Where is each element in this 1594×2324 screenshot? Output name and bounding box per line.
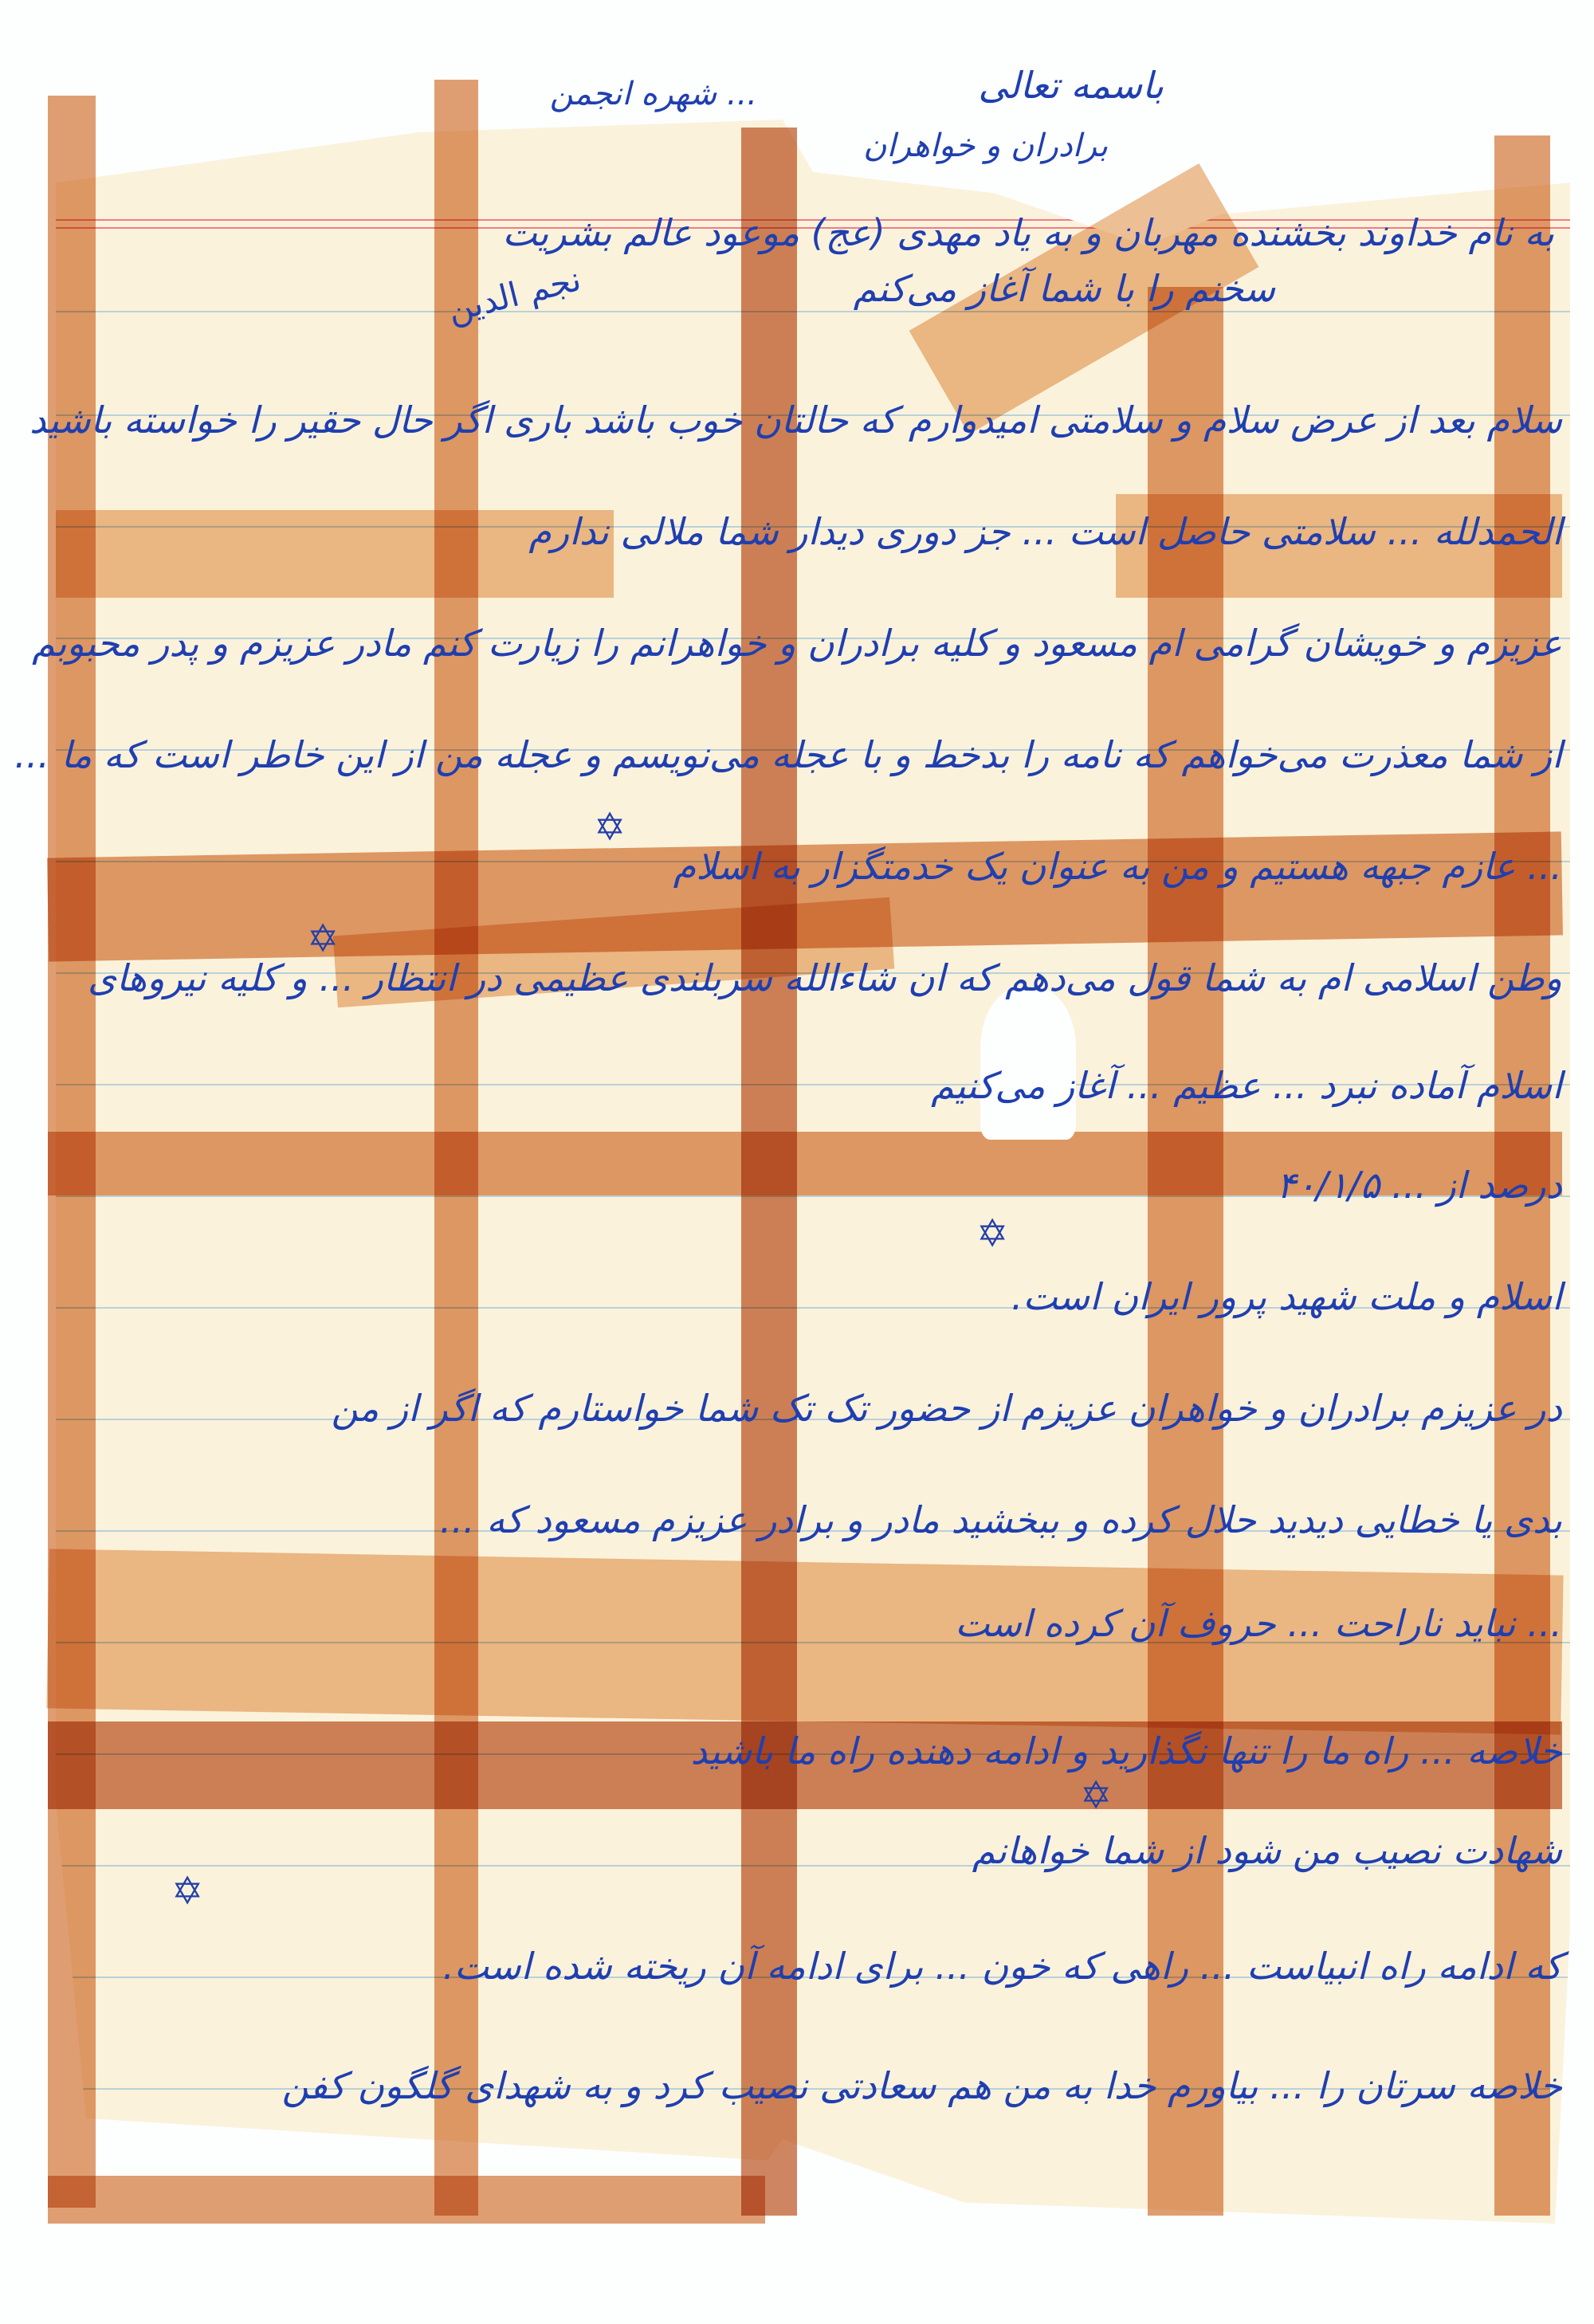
letter-line: که ادامه راه انبیاست ... راهی که خون ...…: [48, 1945, 1562, 1988]
star-mark-icon: ✡: [1080, 1773, 1112, 1818]
tape-strip: [48, 2176, 765, 2224]
letter-line: ... نباید ناراحت ... حروف آن کرده است: [48, 1602, 1562, 1645]
letter-line: سلام بعد از عرض سلام و سلامتی امیدوارم ک…: [48, 398, 1562, 442]
letter-line: شهادت نصیب من شود از شما خواهانم: [558, 1829, 1562, 1872]
letter-line: خلاصه ... راه ما را تنها نگذارید و ادامه…: [48, 1729, 1562, 1772]
ruled-line: [56, 311, 1570, 312]
star-mark-icon: ✡: [594, 805, 626, 850]
letter-line: ... عازم جبهه هستیم و من به عنوان یک خدم…: [48, 845, 1562, 888]
letter-line: وطن اسلامی ام به شما قول می‌دهم که ان شا…: [48, 956, 1562, 999]
star-mark-icon: ✡: [307, 917, 339, 961]
header-subtitle: برادران و خواهران: [837, 128, 1108, 164]
star-mark-icon: ✡: [976, 1211, 1008, 1256]
letter-line: در عزیزم برادران و خواهران عزیزم از حضور…: [48, 1387, 1562, 1430]
star-mark-icon: ✡: [171, 1869, 203, 1914]
letter-line: درصد از ... ۴۰/۱/۵: [797, 1164, 1562, 1207]
letter-line: اسلام آماده نبرد ... عظیم ... آغاز می‌کن…: [48, 1064, 1562, 1107]
header-top-left: ... شهره انجمن: [422, 76, 757, 112]
letter-line: الحمدلله ... سلامتی حاصل است ... جز دوری…: [48, 510, 1562, 553]
letter-line: خلاصه سرتان را ... بیاورم خدا به من هم س…: [48, 2064, 1562, 2107]
letter-line: از شما معذرت می‌خواهم که نامه را بدخط و …: [48, 733, 1562, 776]
letter-line: عزیزم و خویشان گرامی ام مسعود و کلیه برا…: [48, 622, 1562, 665]
letter-line: به نام خداوند بخشنده مهربان و به یاد مهد…: [104, 211, 1554, 254]
letter-line: سخنم را با شما آغاز می‌کنم: [478, 267, 1275, 310]
letter-line: اسلام و ملت شهید پرور ایران است.: [797, 1275, 1562, 1318]
letter-line: بدی یا خطایی دیدید حلال کرده و ببخشید ما…: [48, 1498, 1562, 1541]
header-top-center: باسمه تعالی: [829, 64, 1164, 107]
